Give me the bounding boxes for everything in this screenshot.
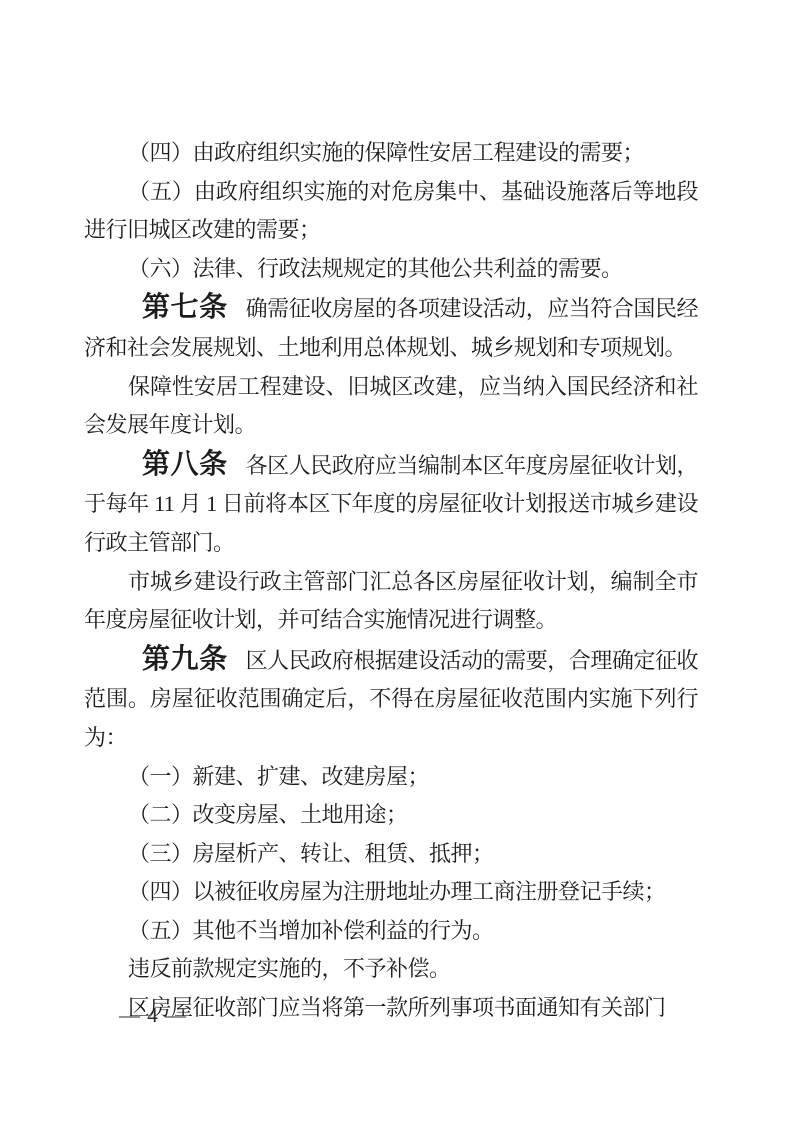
prohibited-act-1: （一）新建、扩建、改建房屋； (84, 758, 698, 797)
article-9-paragraph: 第九条区人民政府根据建设活动的需要，合理确定征收范围。房屋征收范围确定后，不得在… (84, 640, 698, 758)
article-8-paragraph-2: 市城乡建设行政主管部门汇总各区房屋征收计划，编制全市年度房屋征收计划，并可结合实… (84, 563, 698, 640)
document-body: （四）由政府组织实施的保障性安居工程建设的需要； （五）由政府组织实施的对危房集… (84, 134, 698, 1028)
prohibited-act-5: （五）其他不当增加补偿利益的行为。 (84, 912, 698, 951)
article-8-paragraph: 第八条各区人民政府应当编制本区年度房屋征收计划，于每年 11 月 1 日前将本区… (84, 445, 698, 563)
article-7-number: 第七条 (142, 291, 228, 322)
prohibited-act-2: （二）改变房屋、土地用途； (84, 796, 698, 835)
prohibited-act-3: （三）房屋析产、转让、租赁、抵押； (84, 835, 698, 874)
article-9-paragraph-2: 违反前款规定实施的，不予补偿。 (84, 950, 698, 989)
article-9-number: 第九条 (142, 643, 228, 674)
article-8-number: 第八条 (142, 448, 228, 479)
clause-item-5: （五）由政府组织实施的对危房集中、基础设施落后等地段进行旧城区改建的需要； (84, 173, 698, 250)
prohibited-act-4: （四）以被征收房屋为注册地址办理工商注册登记手续； (84, 873, 698, 912)
page-number: — 4 — (119, 1001, 187, 1029)
clause-item-4: （四）由政府组织实施的保障性安居工程建设的需要； (84, 134, 698, 173)
article-7-paragraph: 第七条确需征收房屋的各项建设活动，应当符合国民经济和社会发展规划、土地利用总体规… (84, 288, 698, 367)
document-page: （四）由政府组织实施的保障性安居工程建设的需要； （五）由政府组织实施的对危房集… (0, 0, 793, 1122)
article-7-paragraph-2: 保障性安居工程建设、旧城区改建，应当纳入国民经济和社会发展年度计划。 (84, 368, 698, 445)
clause-item-6: （六）法律、行政法规规定的其他公共利益的需要。 (84, 250, 698, 289)
